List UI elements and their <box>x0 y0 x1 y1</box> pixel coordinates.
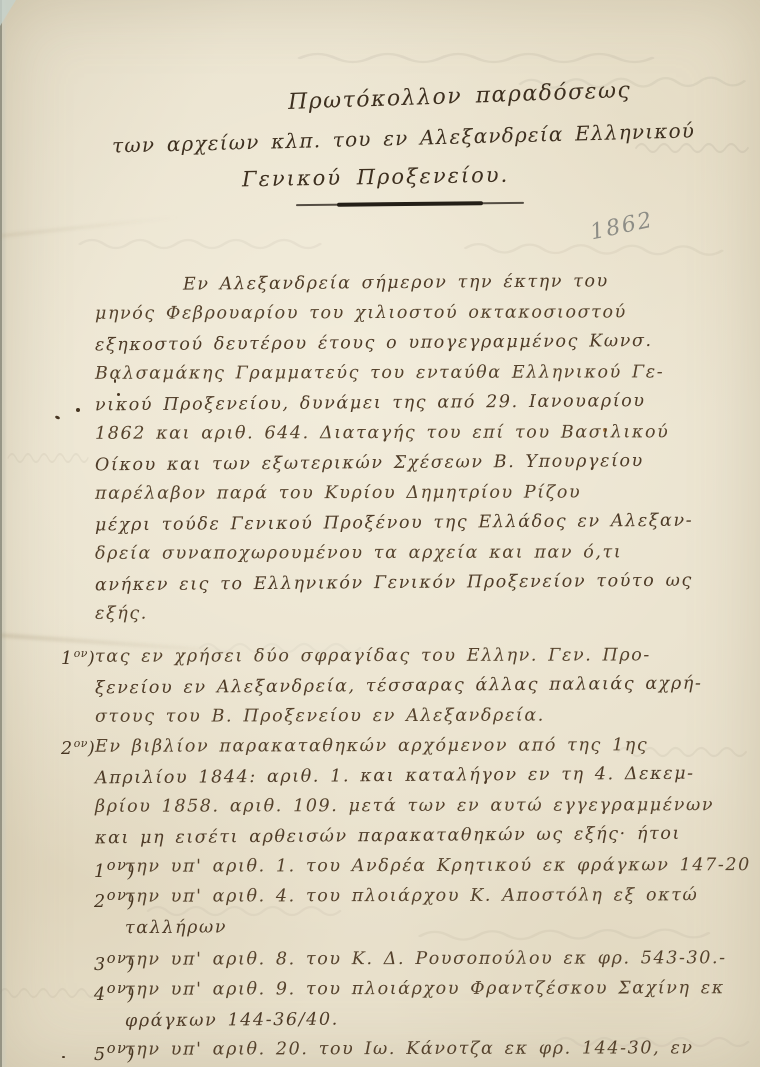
sub-item-line: την υπ' αριθ. 8. του Κ. Δ. Ρουσοπούλου ε… <box>125 948 695 979</box>
sub-item-line: ταλλήρων <box>125 914 695 948</box>
list-item-line: ξενείου εν Αλεξανδρεία, τέσσαρας άλλας π… <box>95 674 695 709</box>
ink-speck <box>76 408 80 412</box>
scan-corner-sliver <box>0 0 16 26</box>
paragraph-line: νικού Προξενείου, δυνάμει της από 29. Ια… <box>95 391 695 426</box>
pencil-year-annotation: 1862 <box>588 208 656 246</box>
sub-item: 2ον) την υπ' αριθ. 4. του πλοιάρχου Κ. Α… <box>125 886 695 946</box>
document-body: Εν Αλεξανδρεία σήμερον την έκτην του μην… <box>95 273 695 1067</box>
list-item-line: Εν βιβλίον παρακαταθηκών αρχόμενον από τ… <box>95 735 695 767</box>
scan-left-edge <box>0 0 7 1067</box>
title-line: των αρχείων κλπ. του εν Αλεξανδρεία Ελλη… <box>112 118 696 157</box>
sub-item-line: την υπ' αριθ. 4. του πλοιάρχου Κ. Αποστό… <box>125 885 695 916</box>
paragraph-line: μηνός Φεβρουαρίου του χιλιοστού οκτακοσι… <box>95 302 695 334</box>
paragraph-line: Βαλσαμάκης Γραμματεύς του ενταύθα Ελληνι… <box>95 362 695 394</box>
paragraph-line: εξής. <box>95 602 695 634</box>
paragraph-line: ανήκεν εις το Ελληνικόν Γενικόν Προξενεί… <box>95 571 695 606</box>
list-item: 2ον) Εν βιβλίον παρακαταθηκών αρχόμενον … <box>95 736 695 856</box>
list-item: 1ον) τας εν χρήσει δύο σφραγίδας του Ελλ… <box>95 646 695 736</box>
sub-item: 1ον) την υπ' αριθ. 1. του Ανδρέα Κρητικο… <box>125 856 695 886</box>
sub-item-line: την υπ' αριθ. 9. του πλοιάρχου Φραντζέσκ… <box>125 978 695 1009</box>
manuscript-page: Πρωτόκολλον παραδόσεως των αρχείων κλπ. … <box>0 0 760 1067</box>
sub-item-line: την υπ' αριθ. 1. του Ανδρέα Κρητικού εκ … <box>125 855 695 886</box>
title-line: Πρωτόκολλον παραδόσεως <box>288 78 632 115</box>
list-item-marker: 2ον) <box>61 737 96 759</box>
paragraph-line: εξηκοστού δευτέρου έτους ο υπογεγραμμένο… <box>95 331 695 366</box>
sub-item: 5ον) την υπ' αριθ. 20. του Ιω. Κάνοτζα ε… <box>125 1039 695 1067</box>
list-item-line: βρίου 1858. αριθ. 109. μετά των εν αυτώ … <box>95 795 695 827</box>
paragraph-line: Εν Αλεξανδρεία σήμερον την έκτην του <box>95 271 695 306</box>
ink-speck <box>55 415 61 420</box>
ink-speck <box>62 1056 65 1058</box>
paragraph-line: δρεία συναποχωρουμένου τα αρχεία και παν… <box>95 542 695 574</box>
list-item-line: στους του Β. Προξενείου εν Αλεξανδρεία. <box>95 705 695 737</box>
sub-item-line: την υπ' αριθ. 20. του Ιω. Κάνοτζα εκ φρ.… <box>125 1038 695 1067</box>
paragraph-line: Οίκου και των εξωτερικών Σχέσεων Β. Υπου… <box>95 451 695 486</box>
paragraph-line: 1862 και αριθ. 644. Διαταγής του επί του… <box>95 422 695 454</box>
list-item-line: τας εν χρήσει δύο σφραγίδας του Ελλην. Γ… <box>95 645 695 677</box>
title-line: Γενικού Προξενείου. <box>242 163 510 192</box>
paragraph-line: παρέλαβον παρά του Κυρίου Δημητρίου Ρίζο… <box>95 482 695 514</box>
paper-crease <box>0 216 179 238</box>
sub-item: 3ον) την υπ' αριθ. 8. του Κ. Δ. Ρουσοπού… <box>125 949 695 979</box>
list-item-line: και μη εισέτι αρθεισών παρακαταθηκών ως … <box>95 824 695 859</box>
list-item-marker: 1ον) <box>61 647 96 669</box>
sub-item-line: φράγκων 144-36/40. <box>125 1007 695 1041</box>
paragraph-line: μέχρι τούδε Γενικού Προξένου της Ελλάδος… <box>95 511 695 546</box>
title-underline <box>296 200 524 207</box>
sub-item-list: 1ον) την υπ' αριθ. 1. του Ανδρέα Κρητικο… <box>125 856 695 1067</box>
sub-item: 4ον) την υπ' αριθ. 9. του πλοιάρχου Φραν… <box>125 979 695 1039</box>
list-item-line: Απριλίου 1844: αριθ. 1. και καταλήγον εν… <box>95 764 695 799</box>
